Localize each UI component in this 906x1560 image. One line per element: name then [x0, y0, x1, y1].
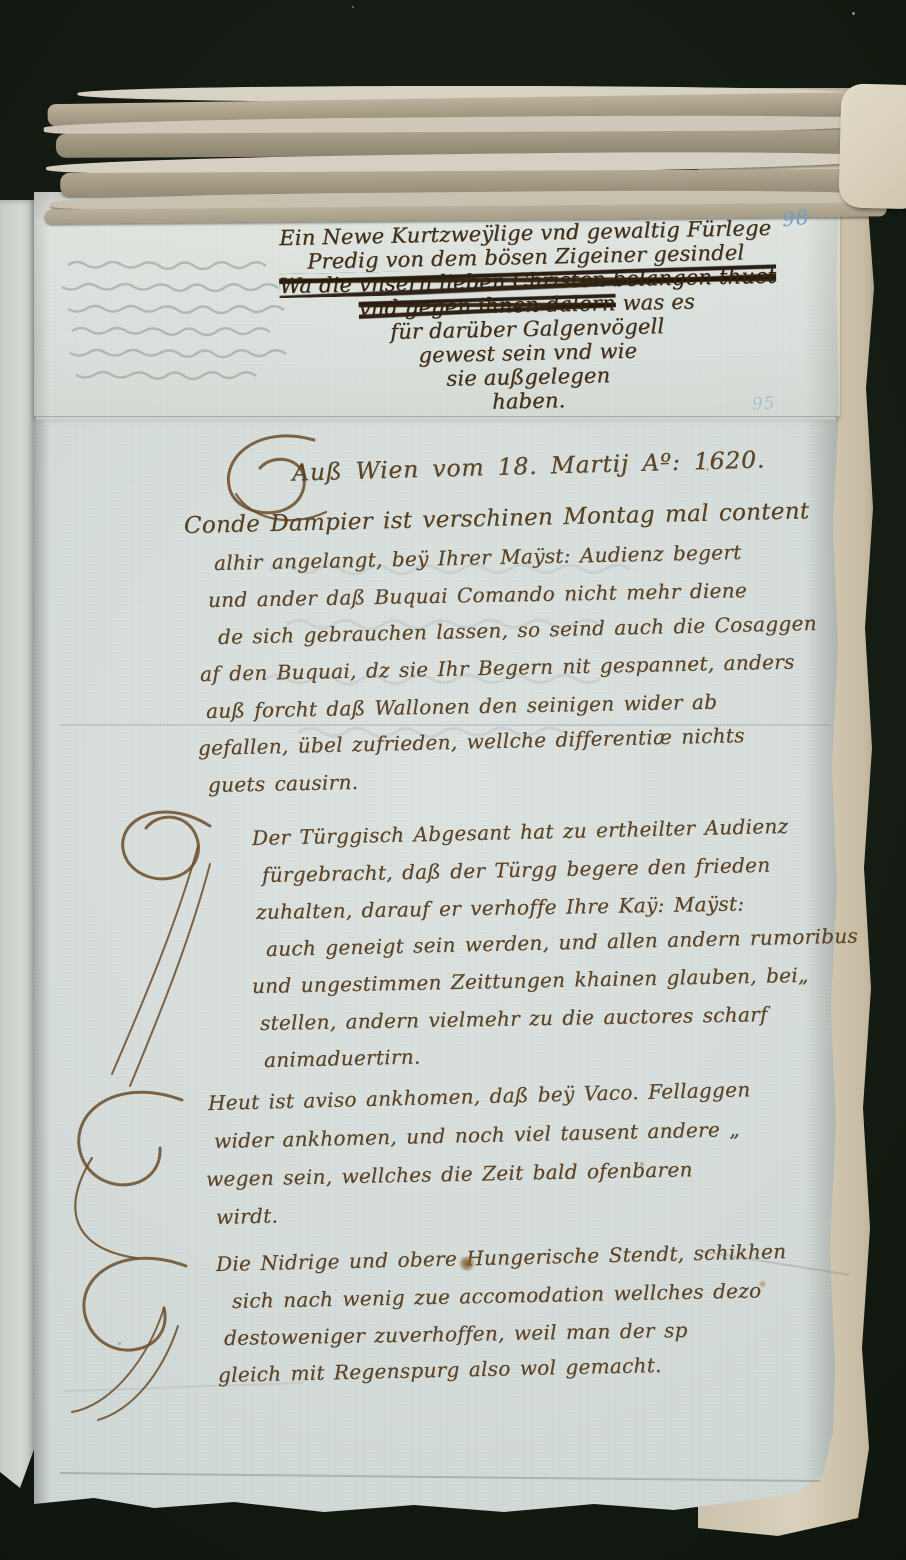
paragraph-1: Conde Dampier ist verschinen Montag mal … — [184, 508, 834, 804]
sheet-seam — [36, 417, 836, 422]
paragraph-2: Der Türggisch Abgesant hat zu ertheilter… — [252, 820, 827, 1079]
fox-spot — [118, 1342, 121, 1345]
pen-flourish — [44, 1072, 208, 1268]
dust-speck — [852, 12, 855, 15]
clear-text: was es — [615, 289, 695, 315]
page-corner — [838, 83, 906, 209]
book-top-edges — [43, 80, 886, 223]
pen-flourish — [50, 1240, 224, 1432]
paragraph-3: Heut ist aviso ankhomen, daß beÿ Vaco. F… — [208, 1084, 808, 1236]
fox-spot — [706, 468, 709, 471]
paragraph-4: Die Nidrige und obere Hungerische Stendt… — [216, 1246, 806, 1394]
dust-speck — [352, 6, 354, 8]
folio-number-top: 98 — [781, 205, 811, 232]
ink-stain — [758, 1280, 767, 1288]
manuscript-photo: 98 95 Ein Newe Kurtzweÿlige vnd gewaltig… — [0, 0, 906, 1560]
left-page-edge — [0, 200, 36, 1488]
bleedthrough-text — [44, 250, 294, 402]
pen-flourish — [84, 798, 236, 1094]
ink-stain — [458, 1256, 476, 1271]
fox-spot — [640, 1162, 644, 1166]
heading-block: Ein Newe Kurtzweÿlige vnd gewaltig Fürle… — [278, 216, 776, 418]
